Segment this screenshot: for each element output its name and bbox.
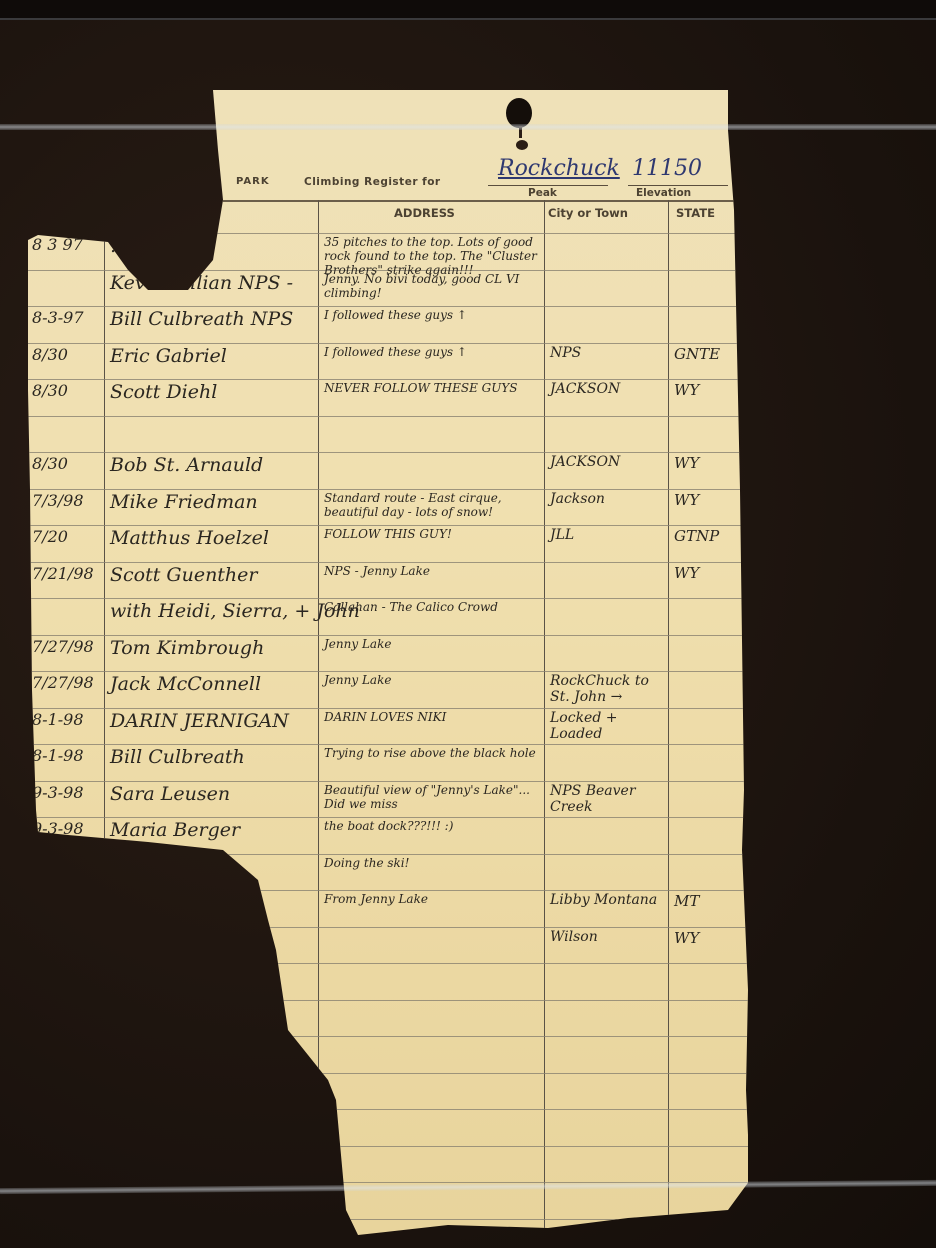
register-entry-row: 8-3-97Bill Culbreath NPSI followed these…: [28, 306, 748, 340]
entry-date: 7/20: [32, 527, 102, 546]
register-entry-row: 9-3-98Sara LeusenBeautiful view of "Jenn…: [28, 781, 748, 815]
frame-top-edge: [0, 0, 936, 20]
elevation-caption: Elevation: [636, 187, 691, 199]
entry-address: Standard route - East cirque, beautiful …: [324, 491, 542, 519]
entry-city: JLL: [550, 527, 666, 543]
entry-state: MT: [674, 892, 744, 910]
entry-address: Callahan - The Calico Crowd: [324, 600, 542, 614]
punch-hole-small: [516, 140, 528, 150]
peak-underline: [488, 185, 608, 186]
tape-strip-top: [0, 124, 936, 130]
entry-address: Trying to rise above the black hole: [324, 746, 542, 760]
register-entry-row: 8/30Bob St. ArnauldJACKSONWY: [28, 452, 748, 486]
register-entry-row: [28, 416, 748, 450]
entry-date: 8-1-98: [32, 746, 102, 765]
entry-address: Jenny Lake: [324, 673, 542, 687]
elevation-underline: [628, 185, 728, 186]
entry-city: JACKSON: [550, 454, 666, 470]
entry-city: Libby Montana: [550, 892, 666, 908]
entry-date: 7/27/98: [32, 673, 102, 692]
register-entry-row: 8/30Scott DiehlNEVER FOLLOW THESE GUYSJA…: [28, 379, 748, 413]
entry-city: JACKSON: [550, 381, 666, 397]
entry-address: I followed these guys ↑: [324, 345, 542, 359]
entry-city: Wilson: [550, 929, 666, 945]
entry-city: NPS: [550, 345, 666, 361]
elevation-value: 11150: [632, 156, 702, 181]
park-label: PARK: [236, 176, 270, 187]
entry-name: DARIN JERNIGAN: [110, 710, 315, 732]
register-entry-row: 8/30Eric GabrielI followed these guys ↑N…: [28, 343, 748, 377]
entry-address: Jenny Lake: [324, 637, 542, 651]
register-entry-row: 7/20Matthus HoelzelFOLLOW THIS GUY!JLLGT…: [28, 525, 748, 559]
register-entry-row: 7/21/98Scott GuentherNPS - Jenny LakeWY: [28, 562, 748, 596]
entry-address: From Jenny Lake: [324, 892, 542, 906]
entry-city: Locked + Loaded: [550, 710, 666, 742]
entry-state: WY: [674, 381, 744, 399]
entry-name: Tom Kimbrough: [110, 637, 315, 659]
entry-name: Mike Friedman: [110, 491, 315, 513]
entry-date: 8/30: [32, 345, 102, 364]
entry-date: 7/27/98: [32, 637, 102, 656]
entry-state: GNTE: [674, 345, 744, 363]
register-entry-row: with Heidi, Sierra, + JohnCallahan - The…: [28, 598, 748, 632]
entry-date: 8-1-98: [32, 710, 102, 729]
entry-name: Eric Gabriel: [110, 345, 315, 367]
register-entry-row: 7/27/98Tom KimbroughJenny Lake: [28, 635, 748, 669]
entry-date: 9-3-98: [32, 783, 102, 802]
register-label: Climbing Register for: [304, 176, 441, 188]
entry-name: Bill Culbreath: [110, 746, 315, 768]
entry-address: DARIN LOVES NIKI: [324, 710, 542, 724]
entry-name: Sara Leusen: [110, 783, 315, 805]
entry-name: Bob St. Arnauld: [110, 454, 315, 476]
entry-state: WY: [674, 454, 744, 472]
entry-date: 7/3/98: [32, 491, 102, 510]
column-header-state: STATE: [676, 206, 715, 220]
entry-address: Doing the ski!: [324, 856, 542, 870]
entry-name: Scott Diehl: [110, 381, 315, 403]
entry-address: Beautiful view of "Jenny's Lake"... Did …: [324, 783, 542, 811]
entry-state: WY: [674, 564, 744, 582]
register-entry-row: 8-1-98DARIN JERNIGANDARIN LOVES NIKILock…: [28, 708, 748, 742]
entry-name: Bill Culbreath NPS: [110, 308, 315, 330]
entry-address: I followed these guys ↑: [324, 308, 542, 322]
entry-name: Jack McConnell: [110, 673, 315, 695]
entry-state: GTNP: [674, 527, 744, 545]
entry-name: Maria Berger: [110, 819, 315, 841]
entry-address: Jenny. No bivi today, good CL VI climbin…: [324, 272, 542, 300]
register-entry-row: 7/3/98Mike FriedmanStandard route - East…: [28, 489, 748, 523]
entry-address: NPS - Jenny Lake: [324, 564, 542, 578]
entry-date: 8-3-97: [32, 308, 102, 327]
entry-state: WY: [674, 929, 744, 947]
entry-date: 8/30: [32, 381, 102, 400]
column-header-address: ADDRESS: [394, 206, 455, 220]
peak-caption: Peak: [528, 187, 557, 199]
entry-date: 8/30: [32, 454, 102, 473]
entry-city: RockChuck to St. John →: [550, 673, 666, 705]
entry-name: Scott Guenther: [110, 564, 315, 586]
entry-city: NPS Beaver Creek: [550, 783, 666, 815]
peak-name: Rockchuck: [498, 156, 620, 181]
entry-name: with Heidi, Sierra, + John: [110, 600, 315, 622]
entry-city: Jackson: [550, 491, 666, 507]
entry-address: the boat dock???!!! :): [324, 819, 542, 833]
entry-address: FOLLOW THIS GUY!: [324, 527, 542, 541]
column-header-city: City or Town: [548, 206, 628, 220]
entry-address: NEVER FOLLOW THESE GUYS: [324, 381, 542, 395]
entry-name: Matthus Hoelzel: [110, 527, 315, 549]
entry-date: 7/21/98: [32, 564, 102, 583]
register-entry-row: 8-1-98Bill CulbreathTrying to rise above…: [28, 744, 748, 778]
register-entry-row: 7/27/98Jack McConnellJenny LakeRockChuck…: [28, 671, 748, 705]
entry-state: WY: [674, 491, 744, 509]
